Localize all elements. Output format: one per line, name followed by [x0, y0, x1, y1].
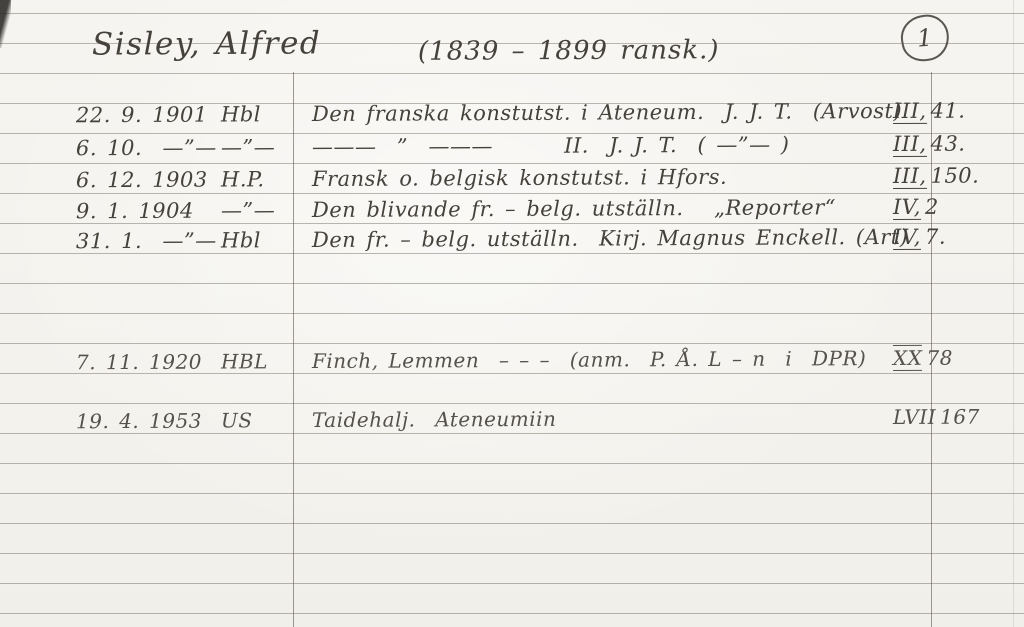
entry-reference: III,43.	[893, 132, 966, 156]
entry-date: 19. 4. 1953	[76, 409, 202, 434]
entry-text: Den franska konstutst. i Ateneum. J. J. …	[312, 99, 902, 126]
entry-source: HBL	[221, 349, 268, 373]
entry-ref-page: 7.	[921, 225, 946, 249]
entry-source: Hbl	[221, 228, 261, 252]
entry-reference: III,41.	[893, 99, 966, 123]
entry-ref-volume: III,	[893, 132, 927, 157]
entry-text: Den fr. – belg. utställn. Kirj. Magnus E…	[312, 225, 909, 252]
entry-ref-volume: LVII	[893, 405, 936, 429]
entry-row: 7. 11. 1920 HBL Finch, Lemmen – – – (anm…	[0, 345, 1024, 380]
entry-date: 6. 10. —”—	[76, 136, 217, 161]
entry-reference: IV,7.	[893, 225, 946, 249]
entry-source: H.P.	[221, 167, 265, 191]
entry-reference: LVII167	[893, 405, 980, 429]
entry-row: 31. 1. —”— Hbl Den fr. – belg. utställn.…	[0, 224, 1024, 259]
entry-row: 6. 10. —”— —”— ——— ” ——— II. J. J. T. ( …	[0, 131, 1024, 166]
entry-ref-volume: XX	[893, 345, 923, 371]
entry-ref-page: 43.	[926, 132, 965, 156]
entry-ref-page: 167	[936, 405, 980, 429]
entry-ref-volume: IV,	[893, 195, 921, 220]
entry-date: 6. 12. 1903	[76, 168, 208, 193]
page-number: 1	[916, 24, 933, 53]
entry-text: Finch, Lemmen – – – (anm. P. Å. L – n i …	[312, 346, 866, 373]
scan-edge-right	[1013, 0, 1014, 627]
entry-text: Den blivande fr. – belg. utställn. „Repo…	[312, 195, 836, 222]
entry-ref-volume: III,	[893, 99, 927, 124]
entry-date: 22. 9. 1901	[76, 103, 208, 128]
entry-reference: XX78	[893, 346, 953, 370]
entry-ref-page: 41.	[926, 99, 965, 123]
entry-date: 7. 11. 1920	[76, 350, 202, 375]
entry-ref-volume: III,	[893, 164, 927, 189]
entry-row: 6. 12. 1903 H.P. Fransk o. belgisk konst…	[0, 163, 1024, 198]
entry-text: ——— ” ——— II. J. J. T. ( —”— )	[312, 133, 790, 159]
entry-source: —”—	[221, 198, 275, 222]
entry-source: Hbl	[221, 102, 261, 126]
entry-ref-page: 78	[922, 346, 953, 370]
entry-date: 9. 1. 1904	[76, 199, 194, 224]
entry-source: —”—	[221, 135, 275, 159]
life-dates: (1839 – 1899 ransk.)	[418, 35, 720, 67]
entry-text: Taidehalj. Ateneumiin	[312, 407, 557, 432]
entry-row: 19. 4. 1953 US Taidehalj. Ateneumiin LVI…	[0, 404, 1024, 439]
scan-corner-artifact	[0, 0, 11, 48]
entry-reference: III,150.	[893, 164, 979, 188]
page-number-circle: 1	[897, 11, 952, 65]
ruled-lines	[0, 0, 1024, 627]
entry-row: 22. 9. 1901 Hbl Den franska konstutst. i…	[0, 98, 1024, 133]
entry-source: US	[221, 408, 253, 432]
entry-ref-volume: IV,	[893, 225, 921, 250]
artist-name: Sisley, Alfred	[92, 25, 321, 62]
archive-index-card: Sisley, Alfred (1839 – 1899 ransk.) 1 22…	[0, 0, 1024, 627]
entry-date: 31. 1. —”—	[76, 229, 217, 254]
entry-text: Fransk o. belgisk konstutst. i Hfors.	[312, 165, 727, 191]
entry-ref-page: 150.	[926, 164, 979, 188]
entry-ref-page: 2	[921, 195, 939, 219]
entry-reference: IV,2	[893, 195, 939, 219]
